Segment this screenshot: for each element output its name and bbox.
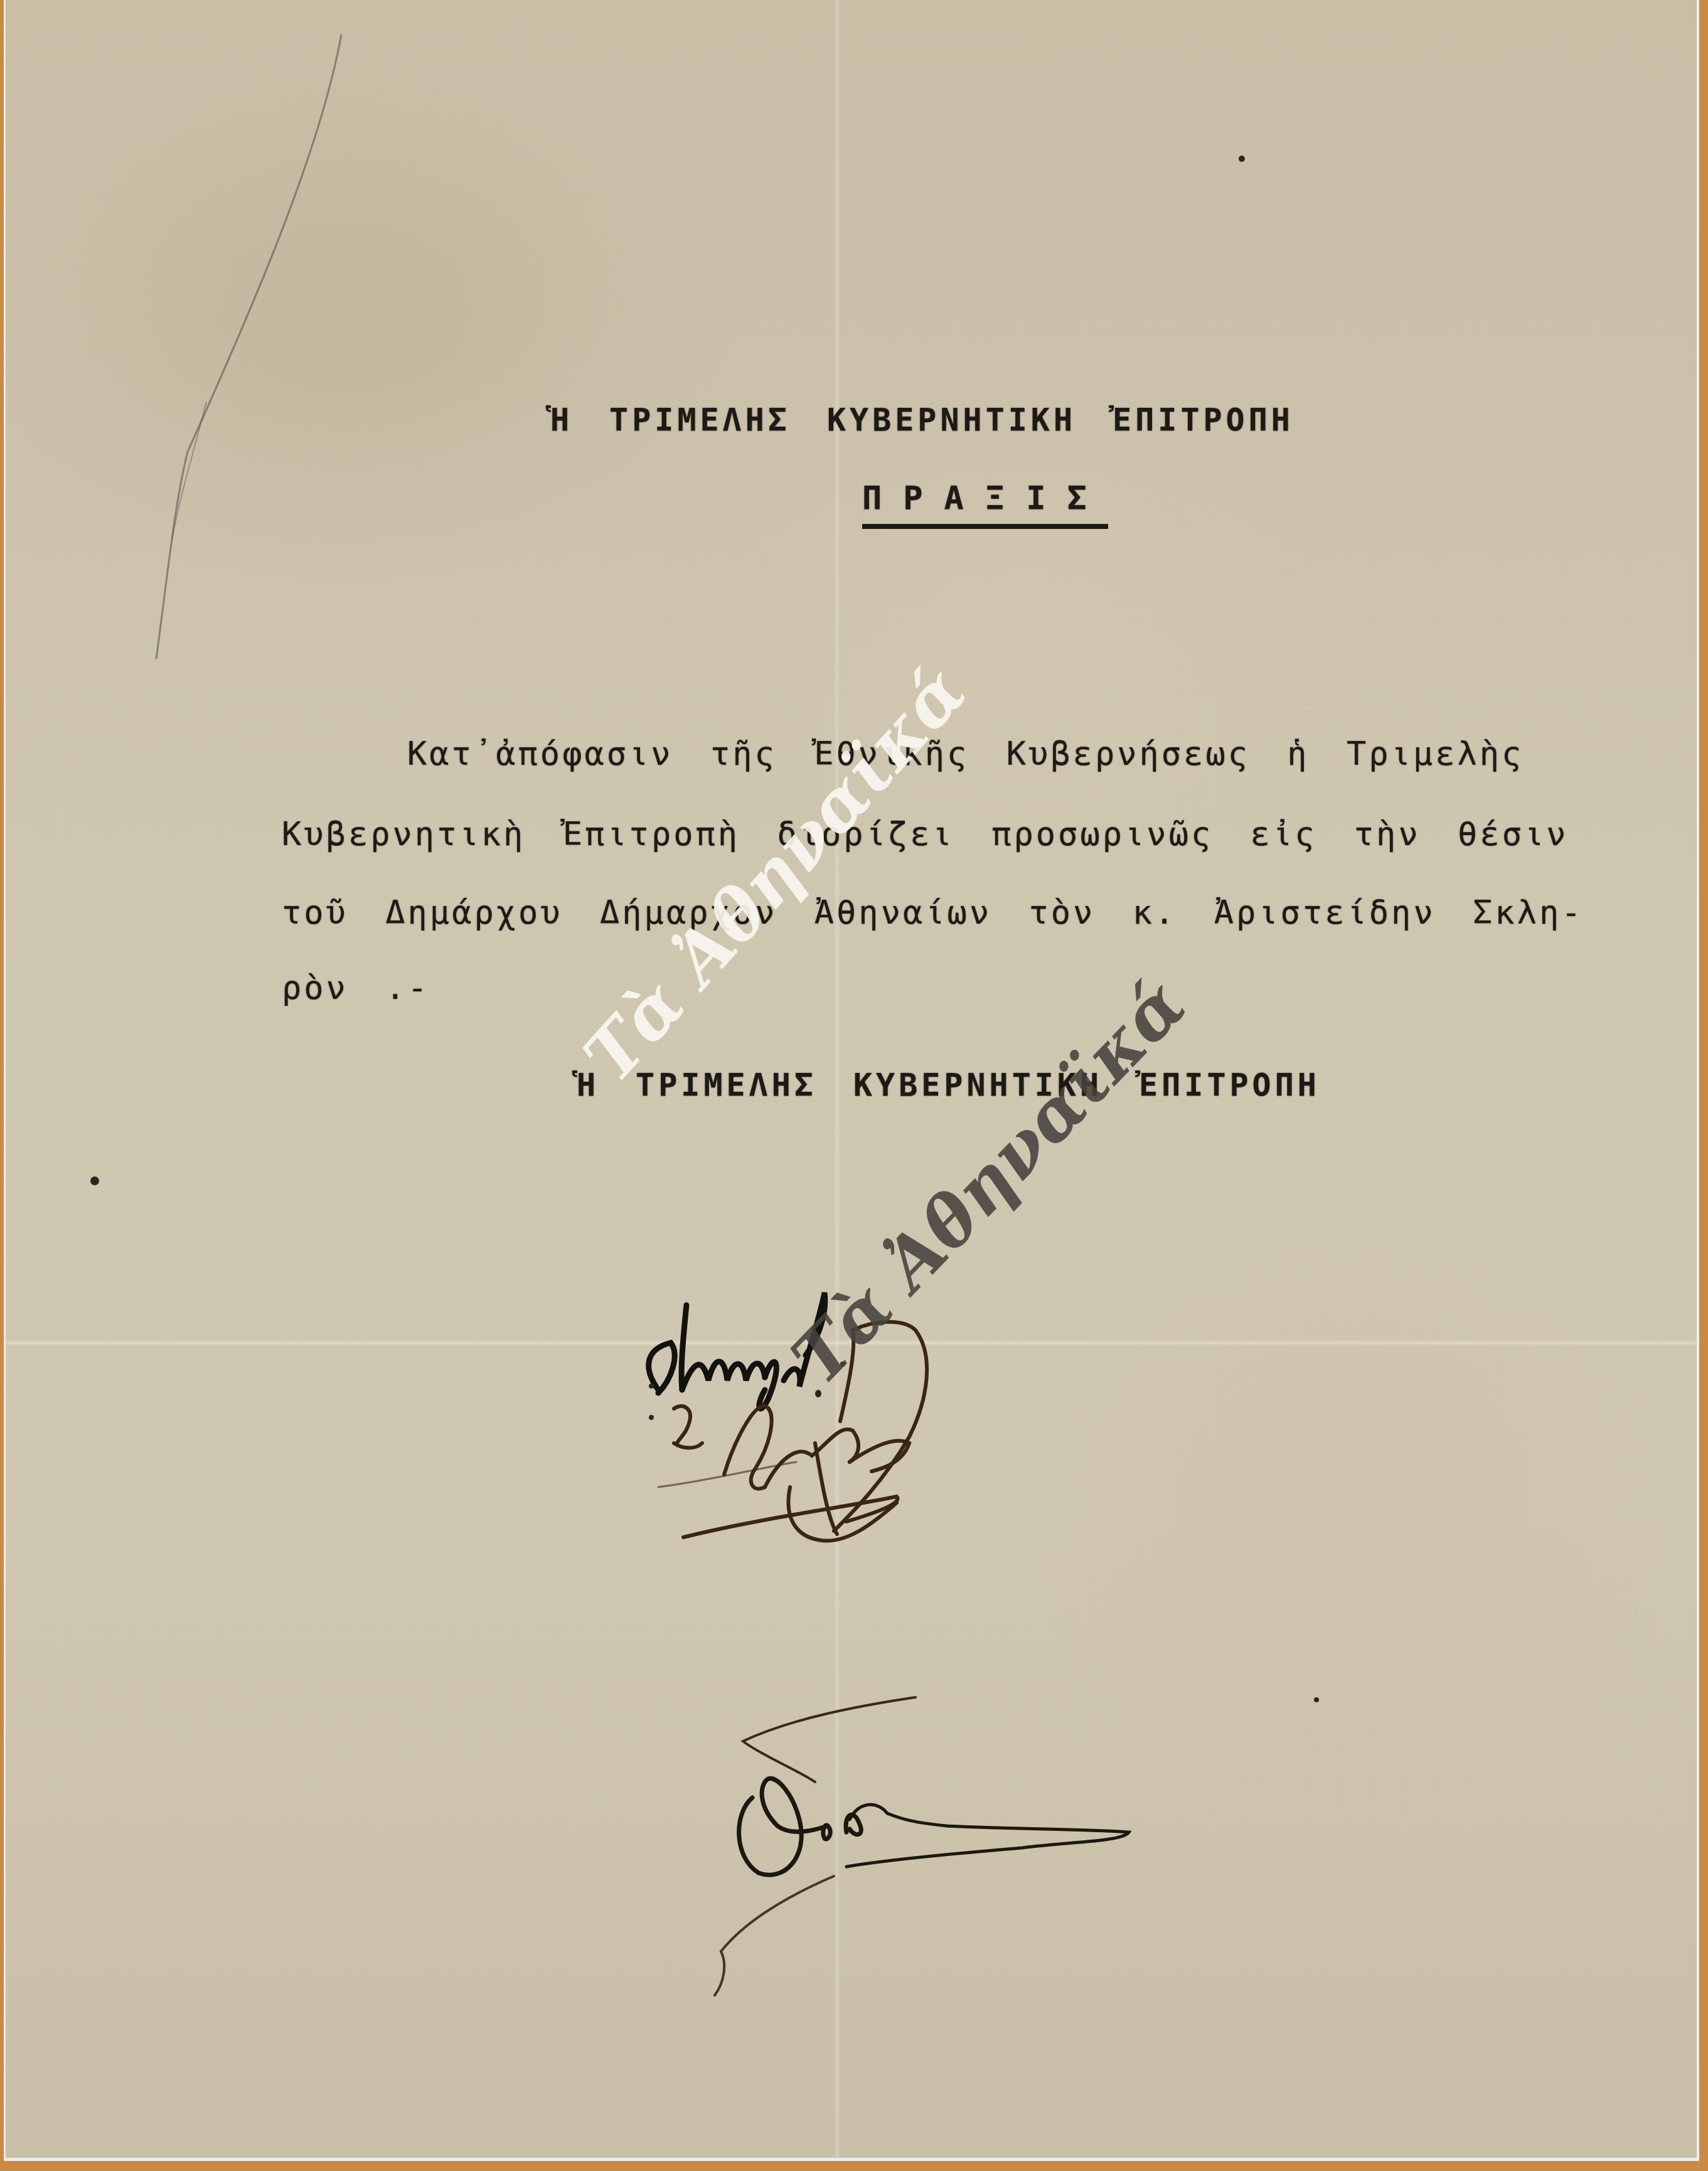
signatures xyxy=(6,0,1700,2158)
document-page: ἩΤΡΙΜΕΛΗΣΚΥΒΕΡΝΗΤΙΚΗἘΠΙΤΡΟΠΗ ΠΡΑΞΙΣ Κατ᾿… xyxy=(4,0,1699,2161)
ink-speck xyxy=(649,1384,654,1389)
ink-speck xyxy=(1314,1697,1319,1702)
ink-speck xyxy=(1239,156,1245,162)
signature-3 xyxy=(715,1697,1129,1995)
ink-speck xyxy=(649,1415,654,1420)
ink-speck xyxy=(90,1176,99,1185)
ink-speck xyxy=(815,1390,821,1397)
